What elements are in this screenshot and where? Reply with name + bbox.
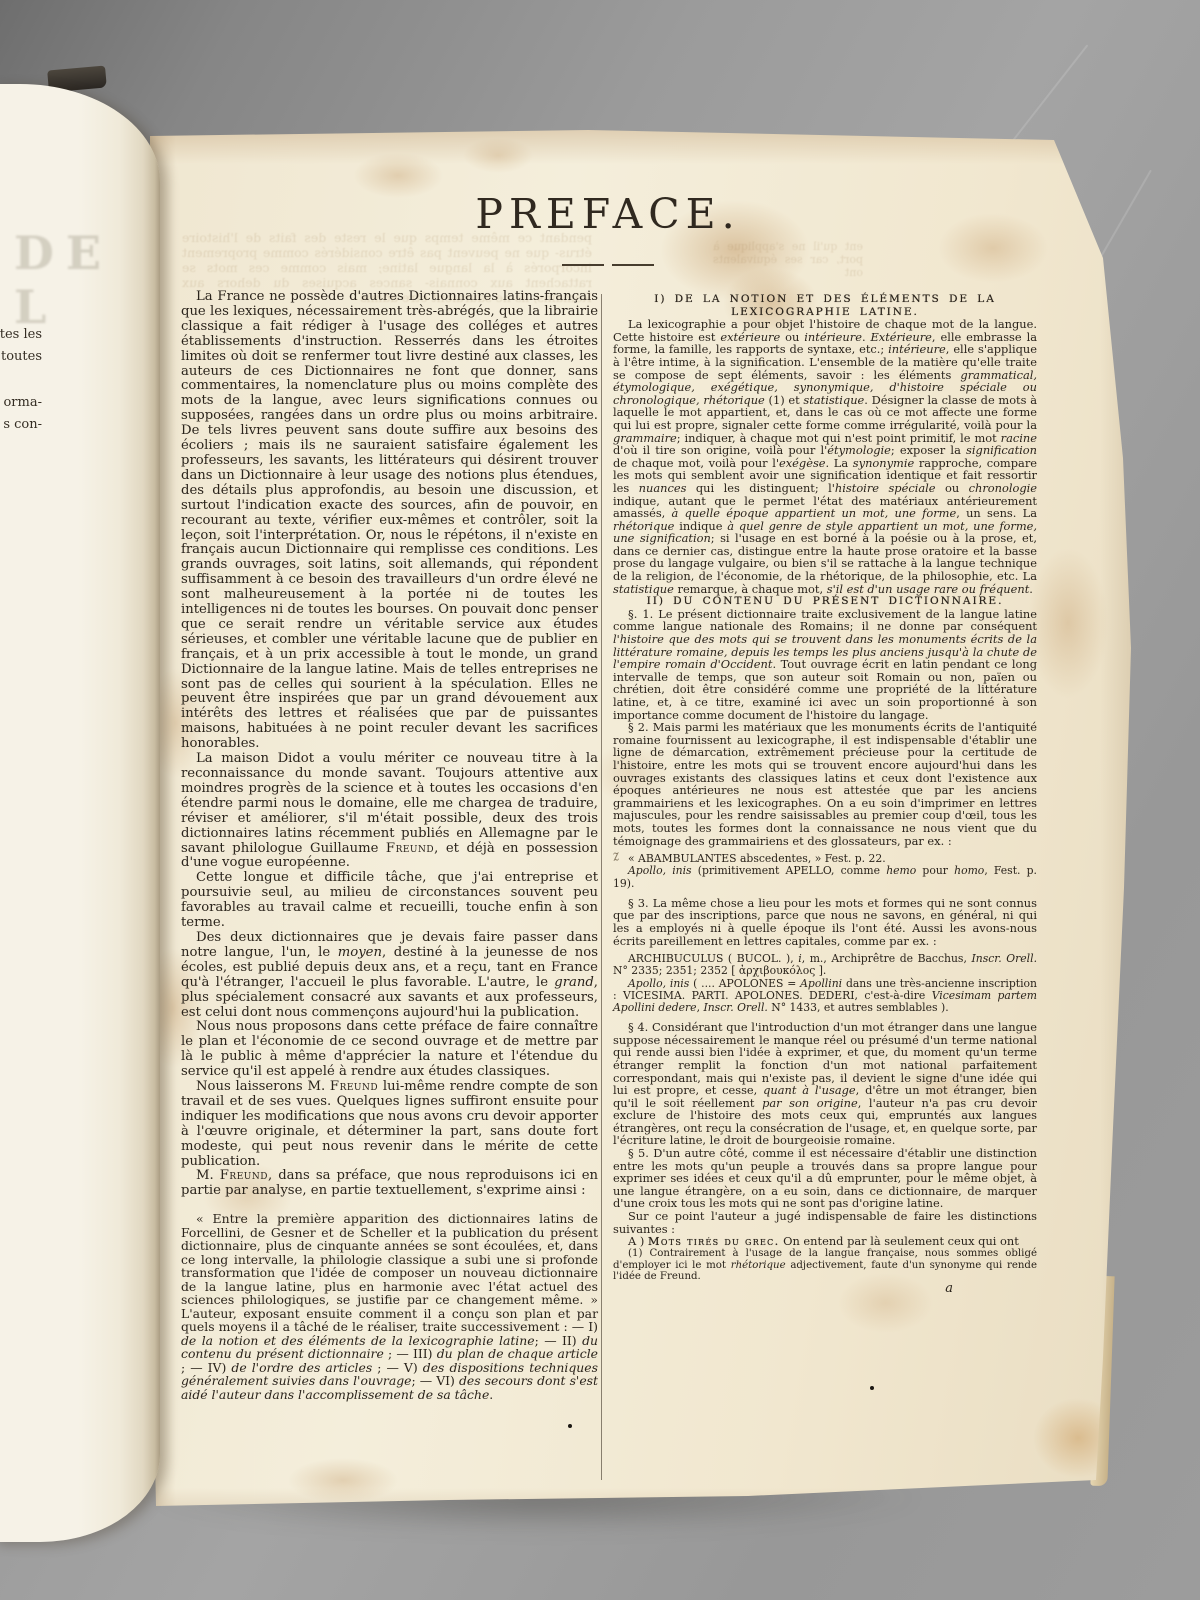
paragraph: Cette longue et difficile tâche, que j'a… bbox=[181, 871, 598, 931]
left-text-column: La France ne possède d'autres Dictionnai… bbox=[181, 290, 598, 1401]
ink-speck bbox=[870, 1386, 874, 1390]
paragraph: La maison Didot a voulu mériter ce nouve… bbox=[181, 752, 598, 871]
photo-of-open-book: { "photo": { "background_gray": "#9a9a9a… bbox=[0, 0, 1200, 1600]
stain bbox=[463, 138, 533, 173]
paragraph: §. 1. Le présent dictionnaire traite exc… bbox=[613, 608, 1037, 721]
text-fragment: orma- bbox=[0, 395, 42, 410]
paragraph: § 2. Mais parmi les matériaux que les mo… bbox=[613, 721, 1037, 847]
paragraph: Nous laisserons M. Freund lui-même rendr… bbox=[181, 1080, 598, 1169]
paragraph: § 3. La même chose a lieu pour les mots … bbox=[613, 897, 1037, 947]
paragraph: Nous nous proposons dans cette préface d… bbox=[181, 1020, 598, 1080]
paragraph: A ) Mots tirés du grec. On entend par là… bbox=[613, 1235, 1037, 1248]
section-heading-1: I) DE LA NOTION ET DES ÉLÉMENTS DE LA LE… bbox=[613, 293, 1037, 318]
facing-page-edge: DE L tes les toutes orma- s con- bbox=[0, 84, 160, 1542]
paragraph: La France ne possède d'autres Dictionnai… bbox=[181, 290, 598, 752]
signature-mark: a bbox=[613, 1283, 1037, 1296]
show-through-text: ent qu'il ne s'applique à port, car ses … bbox=[713, 240, 863, 279]
text-fragment: toutes bbox=[0, 349, 42, 364]
paragraph: Des deux dictionnaires que je devais fai… bbox=[181, 931, 598, 1020]
footnote: (1) Contrairement à l'usage de la langue… bbox=[613, 1248, 1037, 1283]
preface-page: pendant ce même temps que le reste des f… bbox=[148, 128, 1134, 1514]
paragraph: M. Freund, dans sa préface, que nous rep… bbox=[181, 1169, 598, 1199]
ink-speck bbox=[568, 1424, 572, 1428]
handwritten-margin-mark: z bbox=[597, 848, 621, 867]
right-text-column: I) DE LA NOTION ET DES ÉLÉMENTS DE LA LE… bbox=[613, 293, 1037, 1296]
text-fragment: s con- bbox=[0, 417, 42, 432]
citation-block: ARCHIBUCULUS ( BUCOL. ), i, m., Archiprê… bbox=[613, 953, 1037, 1014]
paragraph: § 4. Considérant que l'introduction d'un… bbox=[613, 1021, 1037, 1147]
citation-block: z « ABAMBULANTES abscedentes, » Fest. p.… bbox=[613, 853, 1037, 890]
stain bbox=[1028, 548, 1108, 698]
quoted-paragraph: « Entre la première apparition des dicti… bbox=[181, 1212, 598, 1401]
paragraph: Sur ce point l'auteur a jugé indispensab… bbox=[613, 1210, 1037, 1235]
show-through-title: DE L bbox=[14, 226, 160, 334]
page-title: PREFACE. bbox=[368, 190, 848, 238]
stain bbox=[288, 1458, 398, 1503]
paragraph: La lexicographie a pour objet l'histoire… bbox=[613, 318, 1037, 595]
column-divider-rule bbox=[601, 294, 602, 1480]
text-fragment: tes les bbox=[0, 327, 42, 342]
citation-line: Apollo, inis (primitivement APELLO, comm… bbox=[613, 865, 1037, 889]
section-heading-2: II) DU CONTENU DU PRÉSENT DICTIONNAIRE. bbox=[613, 595, 1037, 608]
stain bbox=[938, 213, 1048, 283]
title-divider-rule bbox=[553, 254, 663, 273]
paragraph: § 5. D'un autre côté, comme il est néces… bbox=[613, 1147, 1037, 1210]
citation-line: ARCHIBUCULUS ( BUCOL. ), i, m., Archiprê… bbox=[613, 953, 1037, 977]
citation-line: Apollo, inis ( .... APOLONES = Apollini … bbox=[613, 978, 1037, 1015]
